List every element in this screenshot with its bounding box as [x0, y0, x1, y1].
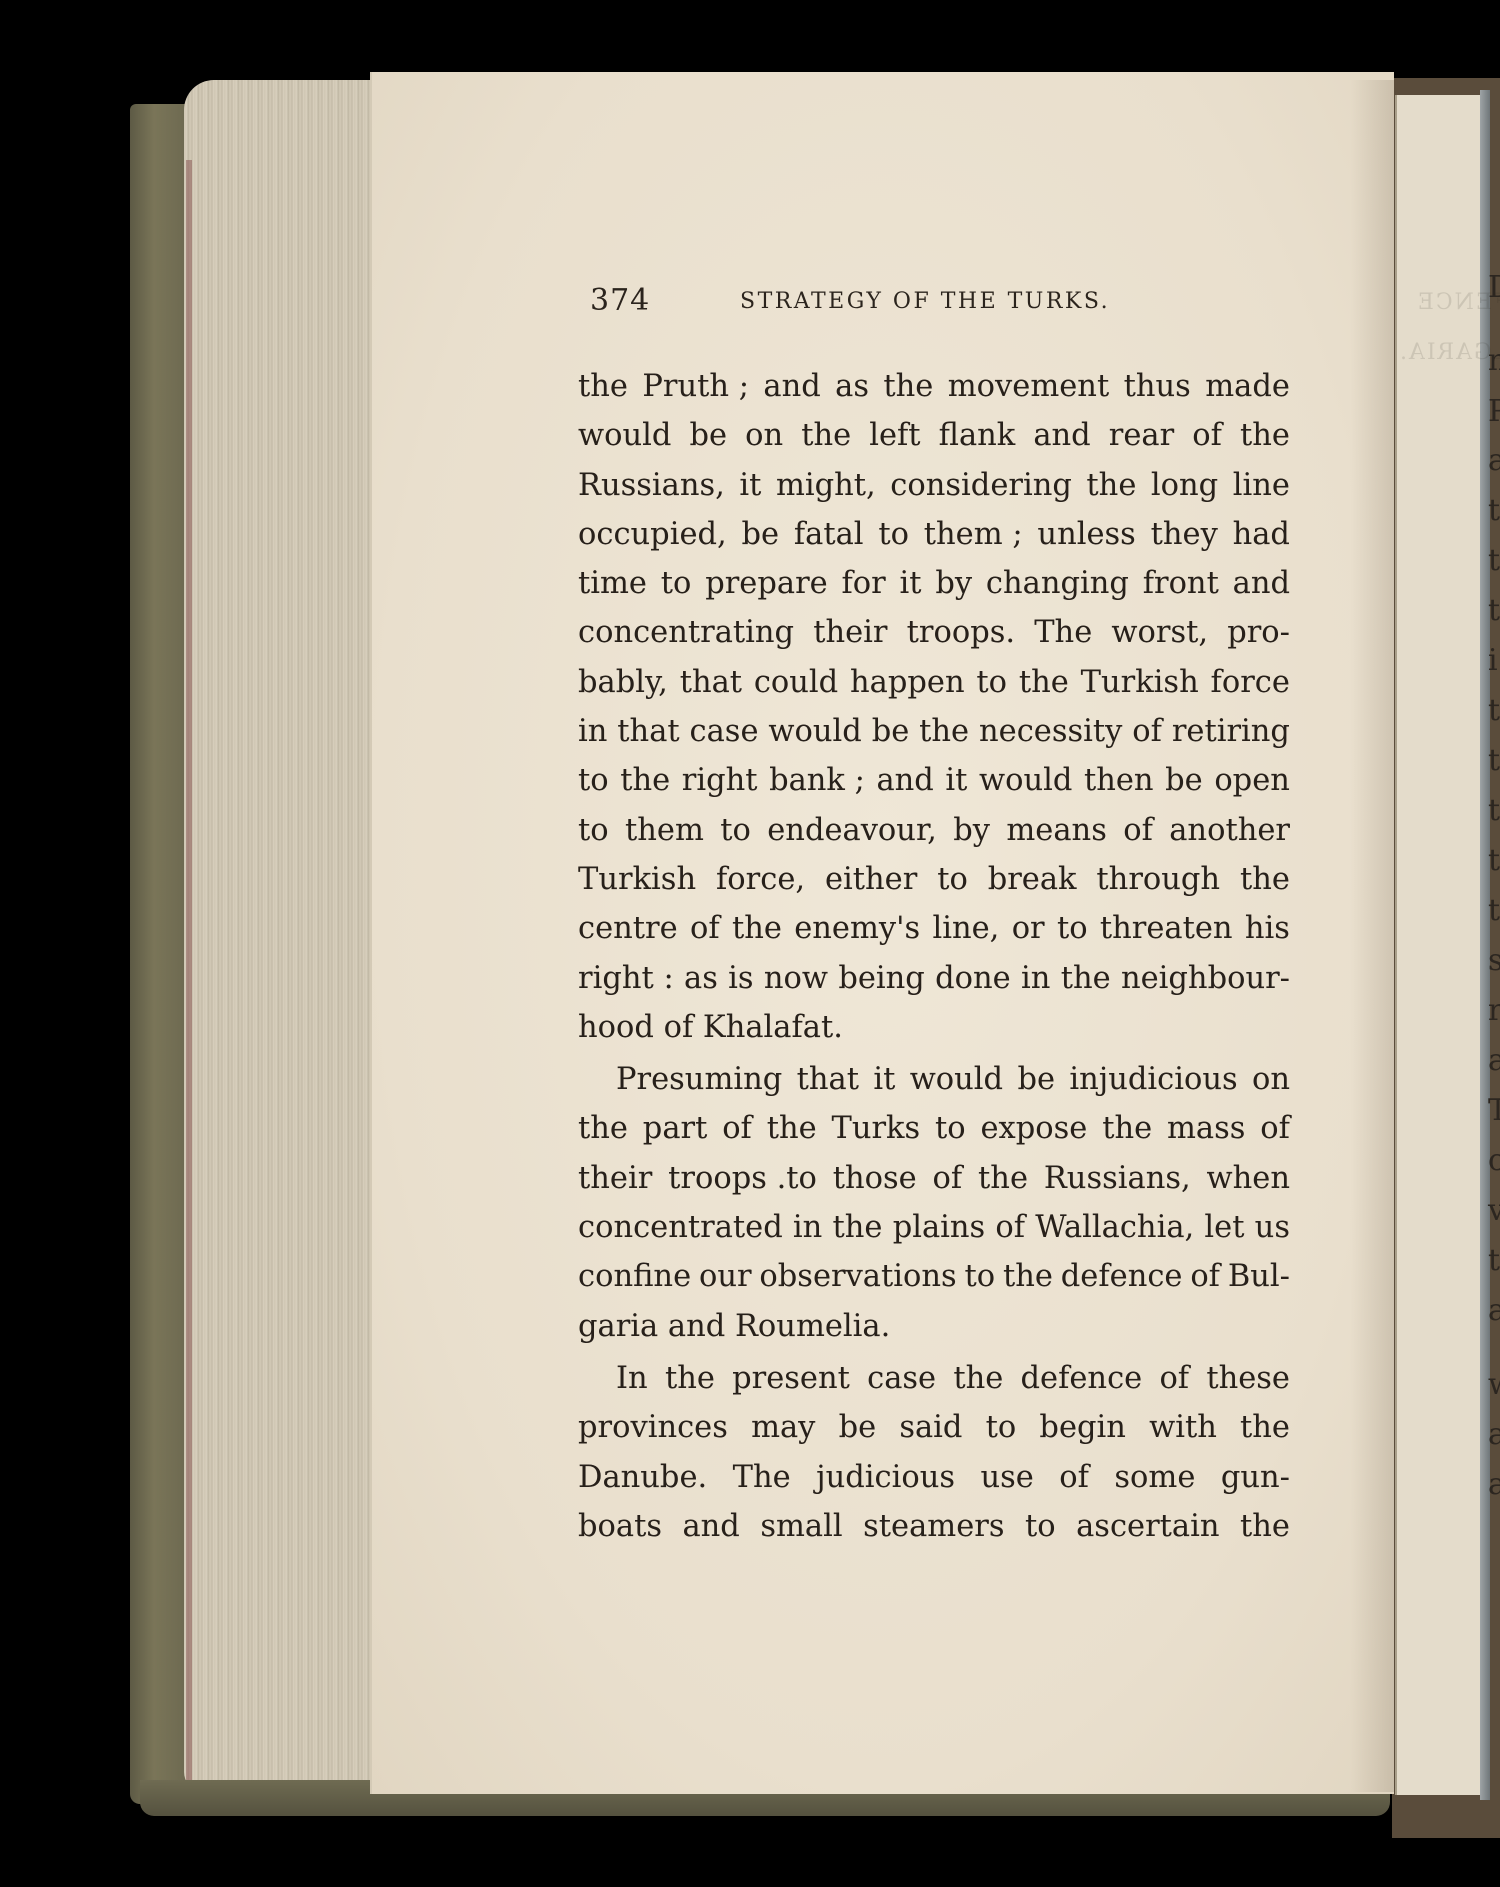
- word: either: [825, 855, 917, 904]
- word: Pruth ;: [642, 362, 749, 411]
- word: when: [1207, 1154, 1290, 1203]
- word: the: [1102, 1104, 1152, 1153]
- word: in: [1021, 954, 1050, 1003]
- word: mass: [1167, 1104, 1245, 1153]
- word: the: [1240, 411, 1290, 460]
- facing-page-fragment: t: [1488, 693, 1500, 728]
- word: some: [1114, 1453, 1195, 1502]
- facing-page-fragment: t: [1488, 743, 1500, 778]
- word: to: [935, 1104, 966, 1153]
- word: to: [937, 855, 968, 904]
- word: our: [699, 1252, 752, 1301]
- text-line: concentratingtheirtroops.Theworst,pro-: [578, 608, 1290, 657]
- word: the: [578, 1104, 628, 1153]
- word: threaten: [1100, 904, 1233, 953]
- word: to: [1025, 1502, 1056, 1551]
- text-line: thePruth ;andasthemovementthusmade: [578, 362, 1290, 411]
- word: then: [1084, 756, 1154, 805]
- word: break: [988, 855, 1077, 904]
- word: enemy's: [794, 904, 920, 953]
- word: as: [684, 954, 718, 1003]
- word: would: [910, 1055, 1003, 1104]
- word: the: [978, 1154, 1028, 1203]
- word: bank ;: [769, 756, 865, 805]
- text-line: tothemtoendeavour,bymeansofanother: [578, 806, 1290, 855]
- word: it: [900, 559, 922, 608]
- gutter-shadow: [1350, 80, 1394, 1792]
- word: be: [872, 707, 910, 756]
- word: Turkish: [1081, 658, 1199, 707]
- word: gun-: [1221, 1453, 1290, 1502]
- word: it: [739, 461, 761, 510]
- facing-page-fragment: v: [1488, 1193, 1500, 1228]
- word: in: [578, 707, 607, 756]
- text-line: wouldbeontheleftflankandrearofthe: [578, 411, 1290, 460]
- text-line: centreoftheenemy'sline,ortothreatenhis: [578, 904, 1290, 953]
- word: long: [1151, 461, 1218, 510]
- word: Bul-: [1228, 1252, 1290, 1301]
- word: would: [578, 411, 671, 460]
- word: by: [953, 806, 990, 855]
- word: made: [1205, 362, 1290, 411]
- word: of: [1260, 1104, 1290, 1153]
- word: their: [578, 1154, 652, 1203]
- word: thus: [1124, 362, 1191, 411]
- word: in: [793, 1203, 822, 1252]
- word: they: [1151, 510, 1218, 559]
- word: time: [578, 559, 647, 608]
- word: defence: [1021, 1354, 1143, 1403]
- word: to: [986, 1403, 1017, 1452]
- word: through: [1096, 855, 1220, 904]
- facing-page-fragment: r: [1488, 993, 1500, 1028]
- word: Russians,: [578, 461, 725, 510]
- word: injudicious: [1069, 1055, 1237, 1104]
- word: the: [801, 411, 851, 460]
- word: expose: [981, 1104, 1088, 1153]
- word: would: [979, 756, 1072, 805]
- word: the: [578, 362, 628, 411]
- word: could: [754, 658, 838, 707]
- word: the: [732, 904, 782, 953]
- word: of: [1190, 1252, 1220, 1301]
- text-line: timetoprepareforitbychangingfrontand: [578, 559, 1290, 608]
- word: be: [742, 510, 780, 559]
- word: that: [617, 707, 679, 756]
- word: case: [867, 1354, 936, 1403]
- text-line: thepartoftheTurkstoexposethemassof: [578, 1104, 1290, 1153]
- word: front: [1143, 559, 1219, 608]
- word: and: [763, 362, 820, 411]
- word: another: [1169, 806, 1290, 855]
- text-line: totherightbank ;anditwouldthenbeopen: [578, 756, 1290, 805]
- word: plains: [893, 1203, 986, 1252]
- facing-page-fragment: a: [1488, 1043, 1500, 1078]
- word: them ;: [924, 510, 1023, 559]
- word: neighbour-: [1121, 954, 1290, 1003]
- text-line: garia and Roumelia.: [578, 1302, 1290, 1351]
- book-cover-left: [130, 104, 190, 1804]
- word: the: [833, 1203, 883, 1252]
- word: of: [722, 1104, 752, 1153]
- word: use: [980, 1453, 1033, 1502]
- word: present: [732, 1354, 850, 1403]
- word: may: [751, 1403, 815, 1452]
- word: that: [797, 1055, 859, 1104]
- page-header: 374 STRATEGY OF THE TURKS. DEFENCE OF BU…: [590, 283, 1310, 333]
- word: Turkish: [578, 855, 696, 904]
- word: or: [1012, 904, 1045, 953]
- word: The: [733, 1453, 791, 1502]
- page-number: 374: [590, 283, 650, 318]
- text-line: confineourobservationstothedefenceofBul-: [578, 1252, 1290, 1301]
- word: the: [767, 1104, 817, 1153]
- word: In: [616, 1354, 648, 1403]
- word: let: [1204, 1203, 1244, 1252]
- word: line: [1233, 461, 1290, 510]
- word: hood of Khalafat.: [578, 1003, 843, 1052]
- word: the: [1240, 1502, 1290, 1551]
- word: defence: [1061, 1252, 1183, 1301]
- word: and: [1233, 559, 1290, 608]
- word: boats: [578, 1502, 662, 1551]
- page-block-edges: [184, 80, 384, 1792]
- word: of: [1123, 806, 1153, 855]
- word: for: [842, 559, 886, 608]
- word: confine: [578, 1252, 691, 1301]
- text-line: Turkishforce,eithertobreakthroughthe: [578, 855, 1290, 904]
- word: flank: [939, 411, 1016, 460]
- text-line: theirtroops .tothoseoftheRussians,when: [578, 1154, 1290, 1203]
- word: endeavour,: [767, 806, 937, 855]
- word: be: [689, 411, 727, 460]
- word: and: [876, 756, 933, 805]
- text-line: bably,thatcouldhappentotheTurkishforce: [578, 658, 1290, 707]
- page-edge-red-tint: [186, 160, 192, 1790]
- word: troops .to: [668, 1154, 817, 1203]
- word: with: [1149, 1403, 1217, 1452]
- word: necessity: [979, 707, 1122, 756]
- word: of: [1159, 1354, 1189, 1403]
- word: the: [1061, 954, 1111, 1003]
- word: be: [1017, 1055, 1055, 1104]
- text-line: occupied,befataltothem ;unlesstheyhad: [578, 510, 1290, 559]
- word: bably,: [578, 658, 668, 707]
- facing-page-fragment: a: [1488, 1417, 1500, 1452]
- word: unless: [1037, 510, 1135, 559]
- word: of: [690, 904, 720, 953]
- facing-page-fragment: t: [1488, 793, 1500, 828]
- word: to: [720, 806, 751, 855]
- word: said: [899, 1403, 962, 1452]
- word: concentrated: [578, 1203, 783, 1252]
- text-line: provincesmaybesaidtobeginwiththe: [578, 1403, 1290, 1452]
- word: judicious: [816, 1453, 955, 1502]
- word: Wallachia,: [1035, 1203, 1194, 1252]
- word: to: [661, 559, 692, 608]
- word: steamers: [863, 1502, 1004, 1551]
- word: it: [873, 1055, 895, 1104]
- word: and: [1033, 411, 1090, 460]
- word: Russians,: [1044, 1154, 1191, 1203]
- facing-page-fragment: s: [1488, 943, 1500, 978]
- word: us: [1255, 1203, 1290, 1252]
- word: of: [1192, 411, 1222, 460]
- word: means: [1006, 806, 1106, 855]
- facing-page-fragment: a: [1488, 443, 1500, 478]
- word: and: [682, 1502, 739, 1551]
- facing-page-fragment: t: [1488, 843, 1500, 878]
- word: their: [813, 608, 887, 657]
- word: to: [578, 756, 609, 805]
- facing-page-fragment: t: [1488, 493, 1500, 528]
- facing-page-fragment: T: [1488, 1093, 1500, 1128]
- word: that: [680, 658, 742, 707]
- word: troops.: [907, 608, 1015, 657]
- text-line: boatsandsmallsteamerstoascertainthe: [578, 1502, 1290, 1551]
- word: had: [1233, 510, 1290, 559]
- word: would: [768, 707, 861, 756]
- word: done: [935, 954, 1011, 1003]
- running-head: STRATEGY OF THE TURKS.: [740, 289, 1110, 314]
- facing-page-fragment: P: [1488, 394, 1500, 429]
- word: might,: [776, 461, 876, 510]
- text-line: Russians,itmight,consideringthelongline: [578, 461, 1290, 510]
- word: observations: [759, 1252, 956, 1301]
- word: part: [643, 1104, 708, 1153]
- word: them: [625, 806, 704, 855]
- word: The: [1034, 608, 1092, 657]
- word: happen: [850, 658, 965, 707]
- word: the: [1240, 1403, 1290, 1452]
- word: the: [883, 362, 933, 411]
- word: the: [953, 1354, 1003, 1403]
- facing-page-fragment: i: [1488, 643, 1498, 678]
- word: now: [764, 954, 828, 1003]
- text-line: Danube.Thejudicioususeofsomegun-: [578, 1453, 1290, 1502]
- facing-page-fragment: t: [1488, 543, 1500, 578]
- word: begin: [1039, 1403, 1126, 1452]
- word: on: [1252, 1055, 1290, 1104]
- facing-page-fragment: w: [1488, 1367, 1500, 1402]
- word: on: [745, 411, 783, 460]
- word: considering: [890, 461, 1072, 510]
- word: changing: [986, 559, 1129, 608]
- word: concentrating: [578, 608, 794, 657]
- word: of: [1059, 1453, 1089, 1502]
- word: is: [728, 954, 753, 1003]
- word: Presuming: [616, 1055, 782, 1104]
- word: the: [1240, 855, 1290, 904]
- word: line,: [932, 904, 999, 953]
- text-line: inthatcasewouldbethenecessityofretiring: [578, 707, 1290, 756]
- word: rear: [1109, 411, 1174, 460]
- word: left: [869, 411, 920, 460]
- text-line: hood of Khalafat.: [578, 1003, 1290, 1052]
- word: those: [833, 1154, 917, 1203]
- word: the: [1086, 461, 1136, 510]
- word: his: [1245, 904, 1290, 953]
- facing-page-text-fragments: DnPatttitttttsraTcvtawaa: [1488, 0, 1500, 1887]
- word: ascertain: [1076, 1502, 1219, 1551]
- text-line: Presumingthatitwouldbeinjudiciouson: [578, 1055, 1290, 1104]
- body-text: thePruth ;andasthemovementthusmadewouldb…: [578, 362, 1290, 1551]
- text-line: Inthepresentcasethedefenceofthese: [578, 1354, 1290, 1403]
- word: to: [578, 806, 609, 855]
- facing-page-fragment: a: [1488, 1293, 1500, 1328]
- word: open: [1214, 756, 1290, 805]
- word: force,: [716, 855, 805, 904]
- word: to: [1057, 904, 1088, 953]
- word: these: [1206, 1354, 1290, 1403]
- facing-page-fragment: t: [1488, 1243, 1500, 1278]
- word: garia and Roumelia.: [578, 1302, 890, 1351]
- bleed-through-heading: DEFENCE OF BULGARIA.: [1398, 290, 1500, 365]
- word: of: [1132, 707, 1162, 756]
- facing-page-fragment: a: [1488, 1467, 1500, 1502]
- word: occupied,: [578, 510, 727, 559]
- word: be: [839, 1403, 877, 1452]
- word: the: [665, 1354, 715, 1403]
- word: the: [1019, 658, 1069, 707]
- word: force: [1211, 658, 1290, 707]
- text-line: right :asisnowbeingdoneintheneighbour-: [578, 954, 1290, 1003]
- word: worst,: [1111, 608, 1208, 657]
- word: by: [935, 559, 972, 608]
- text-line: concentratedintheplainsofWallachia,letus: [578, 1203, 1290, 1252]
- word: prepare: [705, 559, 828, 608]
- word: to: [976, 658, 1007, 707]
- word: the: [919, 707, 969, 756]
- word: to: [965, 1252, 996, 1301]
- word: right: [682, 756, 758, 805]
- word: the: [1003, 1252, 1053, 1301]
- word: retiring: [1172, 707, 1290, 756]
- word: Danube.: [578, 1453, 707, 1502]
- word: to: [878, 510, 909, 559]
- word: centre: [578, 904, 678, 953]
- word: it: [945, 756, 967, 805]
- word: Turks: [831, 1104, 920, 1153]
- word: of: [995, 1203, 1025, 1252]
- word: case: [690, 707, 759, 756]
- word: provinces: [578, 1403, 728, 1452]
- word: the: [620, 756, 670, 805]
- word: pro-: [1227, 608, 1290, 657]
- word: right :: [578, 954, 674, 1003]
- facing-page-fragment: t: [1488, 893, 1500, 928]
- word: be: [1165, 756, 1203, 805]
- facing-page-fragment: c: [1488, 1143, 1500, 1178]
- word: small: [760, 1502, 842, 1551]
- word: of: [933, 1154, 963, 1203]
- facing-page-fragment: t: [1488, 593, 1500, 628]
- word: as: [835, 362, 869, 411]
- word: being: [838, 954, 925, 1003]
- word: movement: [948, 362, 1109, 411]
- word: fatal: [794, 510, 864, 559]
